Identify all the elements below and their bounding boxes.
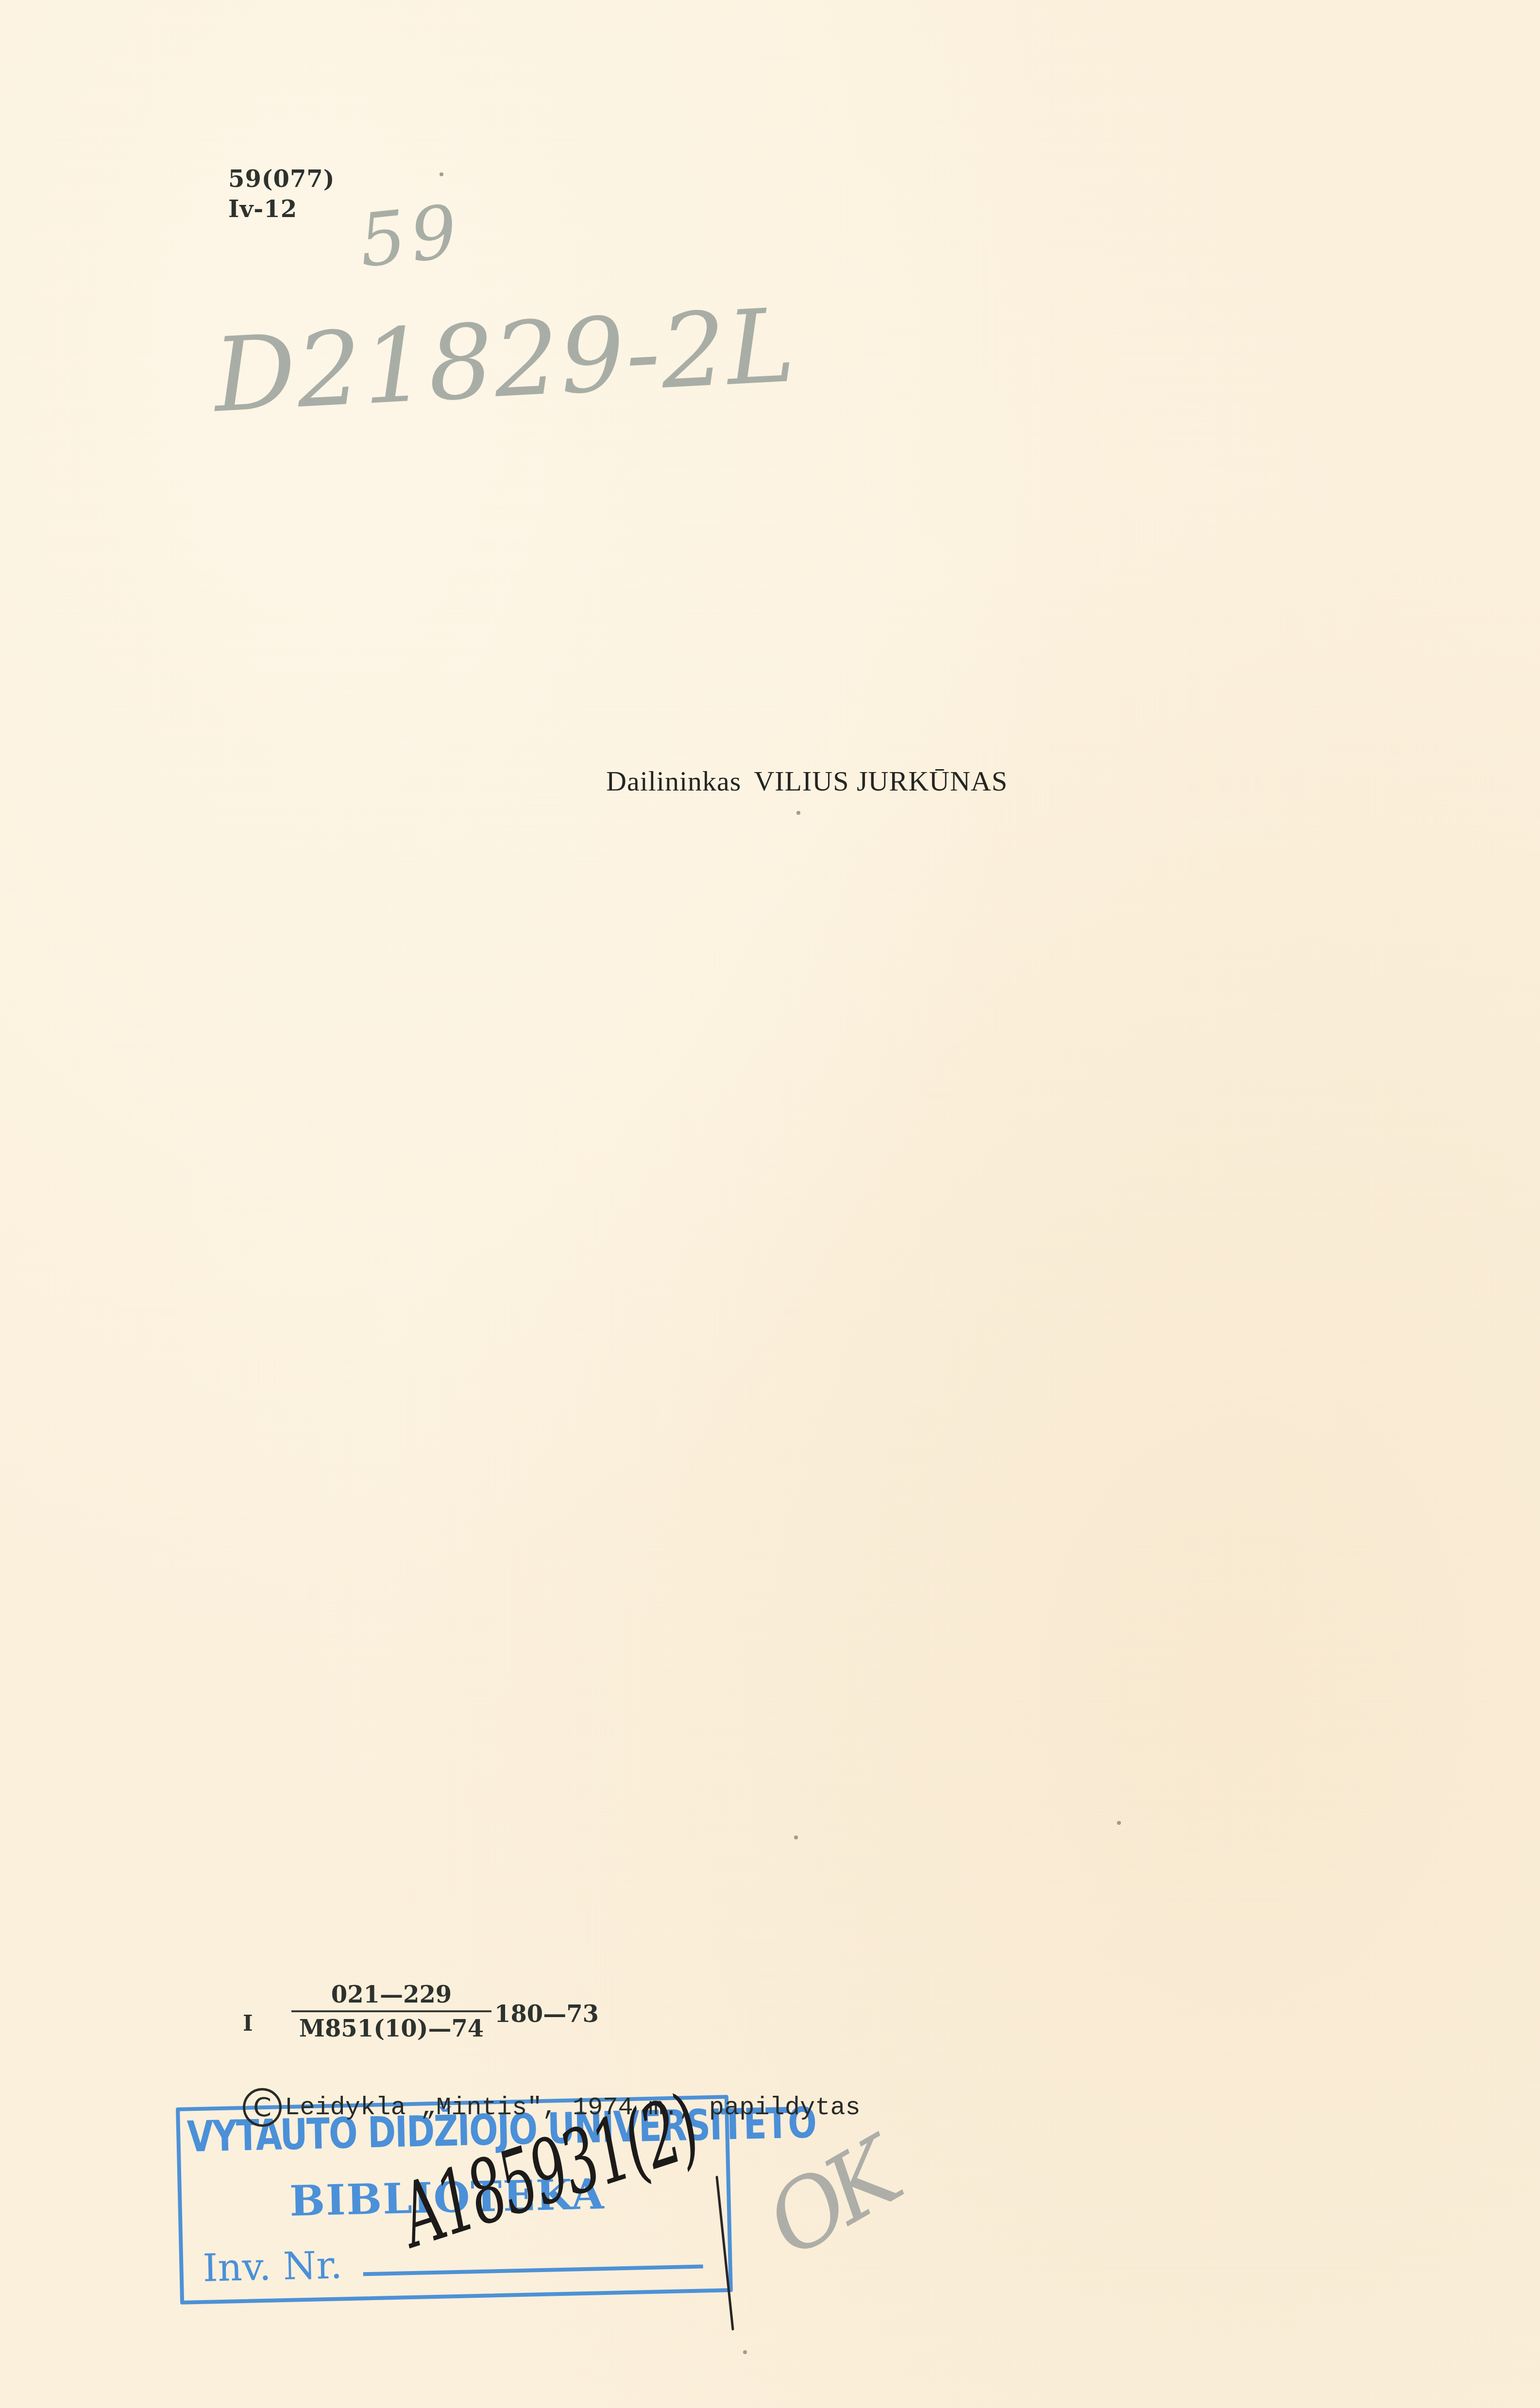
artist-credit: DailininkasVILIUS JURKŪNAS (606, 765, 1008, 797)
shelf-mark: Iv-12 (228, 194, 335, 224)
pencil-catalog-code: D21829-2L (211, 286, 798, 435)
pencil-note-number: 59 (355, 189, 466, 284)
stamp-inventory-label: Inv. Nr. (203, 2243, 343, 2290)
udc-code: 59(077) (228, 164, 335, 194)
artist-name: VILIUS JURKŪNAS (754, 765, 1008, 797)
fraction-numerator: 021—229 (291, 1981, 491, 2008)
classification-code: 59(077) Iv-12 (228, 164, 335, 224)
paper-speck (794, 1835, 798, 1839)
publication-fraction: 021—229 M851(10)—74 (291, 1981, 491, 2042)
series-letter: I (243, 2011, 253, 2036)
paper-speck (440, 172, 443, 176)
artist-role: Dailininkas (606, 765, 741, 797)
publication-suffix: 180—73 (494, 2001, 599, 2028)
paper-speck (743, 2350, 747, 2354)
copyright-icon: C (243, 2088, 282, 2127)
paper-speck (1117, 1821, 1121, 1825)
fraction-denominator: M851(10)—74 (291, 2015, 491, 2042)
stamp-inventory-line (363, 2264, 703, 2276)
fraction-divider (291, 2010, 491, 2012)
paper-speck (796, 811, 800, 815)
